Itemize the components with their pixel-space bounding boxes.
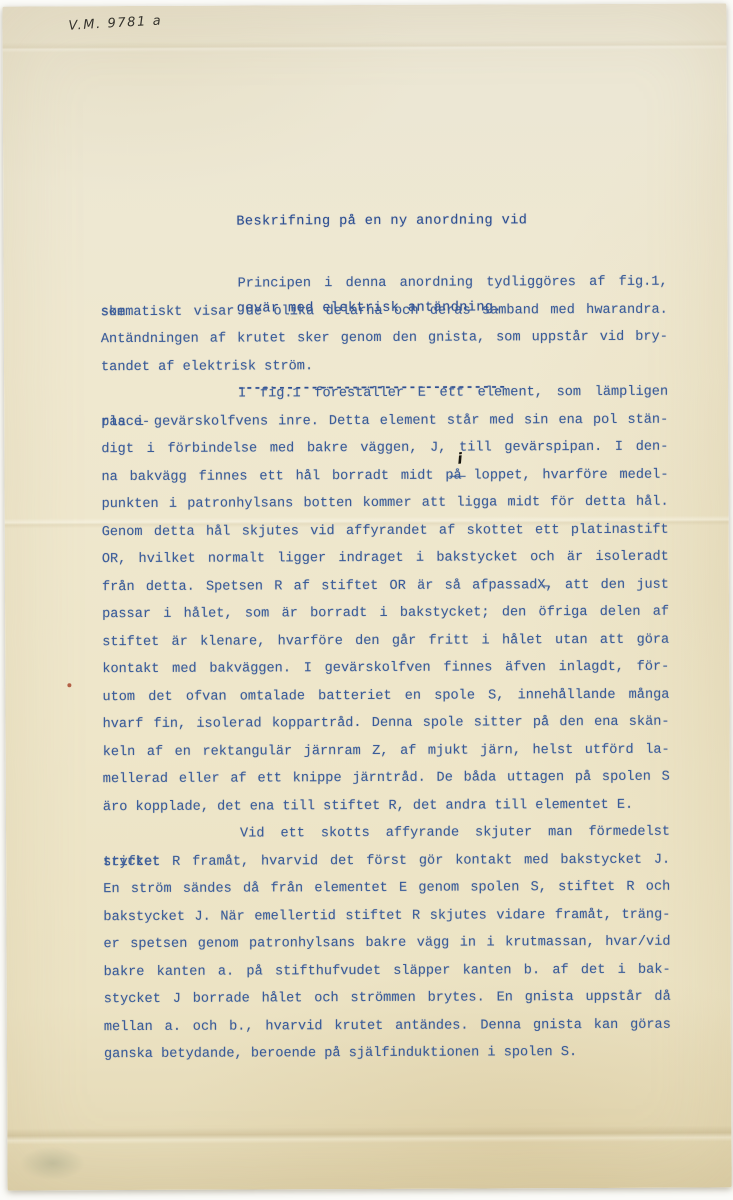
text-line: stiftet R framåt, hvarvid det först gör …: [103, 846, 670, 876]
text-line: En ström sändes då från elementet E geno…: [103, 874, 670, 904]
archive-number-annotation: V.M. 9781 a: [68, 13, 163, 33]
text-line: er spetsen genom patronhylsans bakre väg…: [103, 929, 670, 959]
text-line: utom det ofvan omtalade batteriet en spo…: [102, 681, 669, 711]
text-line: Vid ett skotts affyrande skjuter man för…: [103, 819, 670, 849]
paper-crease-bottom: [7, 1125, 731, 1144]
corner-smudge: [19, 1146, 85, 1180]
text-line: mellerad eller af ett knippe järntråd. D…: [103, 764, 670, 794]
text-line: Principen i denna anordning tydliggöres …: [101, 269, 668, 299]
text-line: Genom detta hål skjutes vid affyrandet a…: [102, 516, 669, 546]
text-line: keln af en rektangulär järnram Z, af mju…: [103, 736, 670, 766]
text-line: ganska betydande, beroende på själfinduk…: [104, 1039, 671, 1069]
text-line: I fig.1 föreställer E ett element, som l…: [101, 379, 668, 409]
text-line: bakstycket J. När emellertid stiftet R s…: [103, 901, 670, 931]
text-line: kontakt med bakväggen. I gevärskolfven f…: [102, 654, 669, 684]
document-body: Principen i denna anordning tydliggöres …: [101, 269, 671, 1069]
title-line-1: Beskrifning på en ny anordning vid: [236, 206, 527, 236]
text-line: stiftet är klenare, hvarföre den går fri…: [102, 626, 669, 656]
text-line: digt i förbindelse med bakre väggen, J, …: [101, 434, 668, 464]
text-line: hvarf fin, isolerad koppartråd. Denna sp…: [102, 709, 669, 739]
text-line: Antändningen af krutet sker genom den gn…: [101, 324, 668, 354]
text-line: bakre kanten a. på stifthufvudet släpper…: [104, 956, 671, 986]
text-line: tandet af elektrisk ström.: [101, 351, 668, 381]
text-line-with-correction: na bakvägg finnes ett hål borradt midt p…: [101, 461, 668, 491]
text-line: punkten i patronhylsans botten kommer at…: [102, 489, 669, 519]
text-line: mellan a. och b., hvarvid krutet antände…: [104, 1011, 671, 1041]
text-line: passar i hålet, som är borradt i bakstyc…: [102, 599, 669, 629]
paper-crease-top: [3, 39, 727, 52]
text-line: ras i gevärskolfvens inre. Detta element…: [101, 406, 668, 436]
text-line: skematiskt visar de olika delarna och de…: [101, 296, 668, 326]
document-paper: V.M. 9781 a Beskrifning på en ny anordni…: [2, 3, 731, 1190]
red-ink-speck: [67, 683, 71, 687]
text-line: OR, hvilket normalt ligger indraget i ba…: [102, 544, 669, 574]
text-line: stycket J borrade hålet och strömmen bry…: [104, 984, 671, 1014]
text-line: na bakvägg finnes ett hål borradt midt p…: [101, 467, 668, 484]
text-line: från detta. Spetsen R af stiftet OR är s…: [102, 571, 669, 601]
text-line: äro kopplade, det ena till stiftet R, de…: [103, 791, 670, 821]
